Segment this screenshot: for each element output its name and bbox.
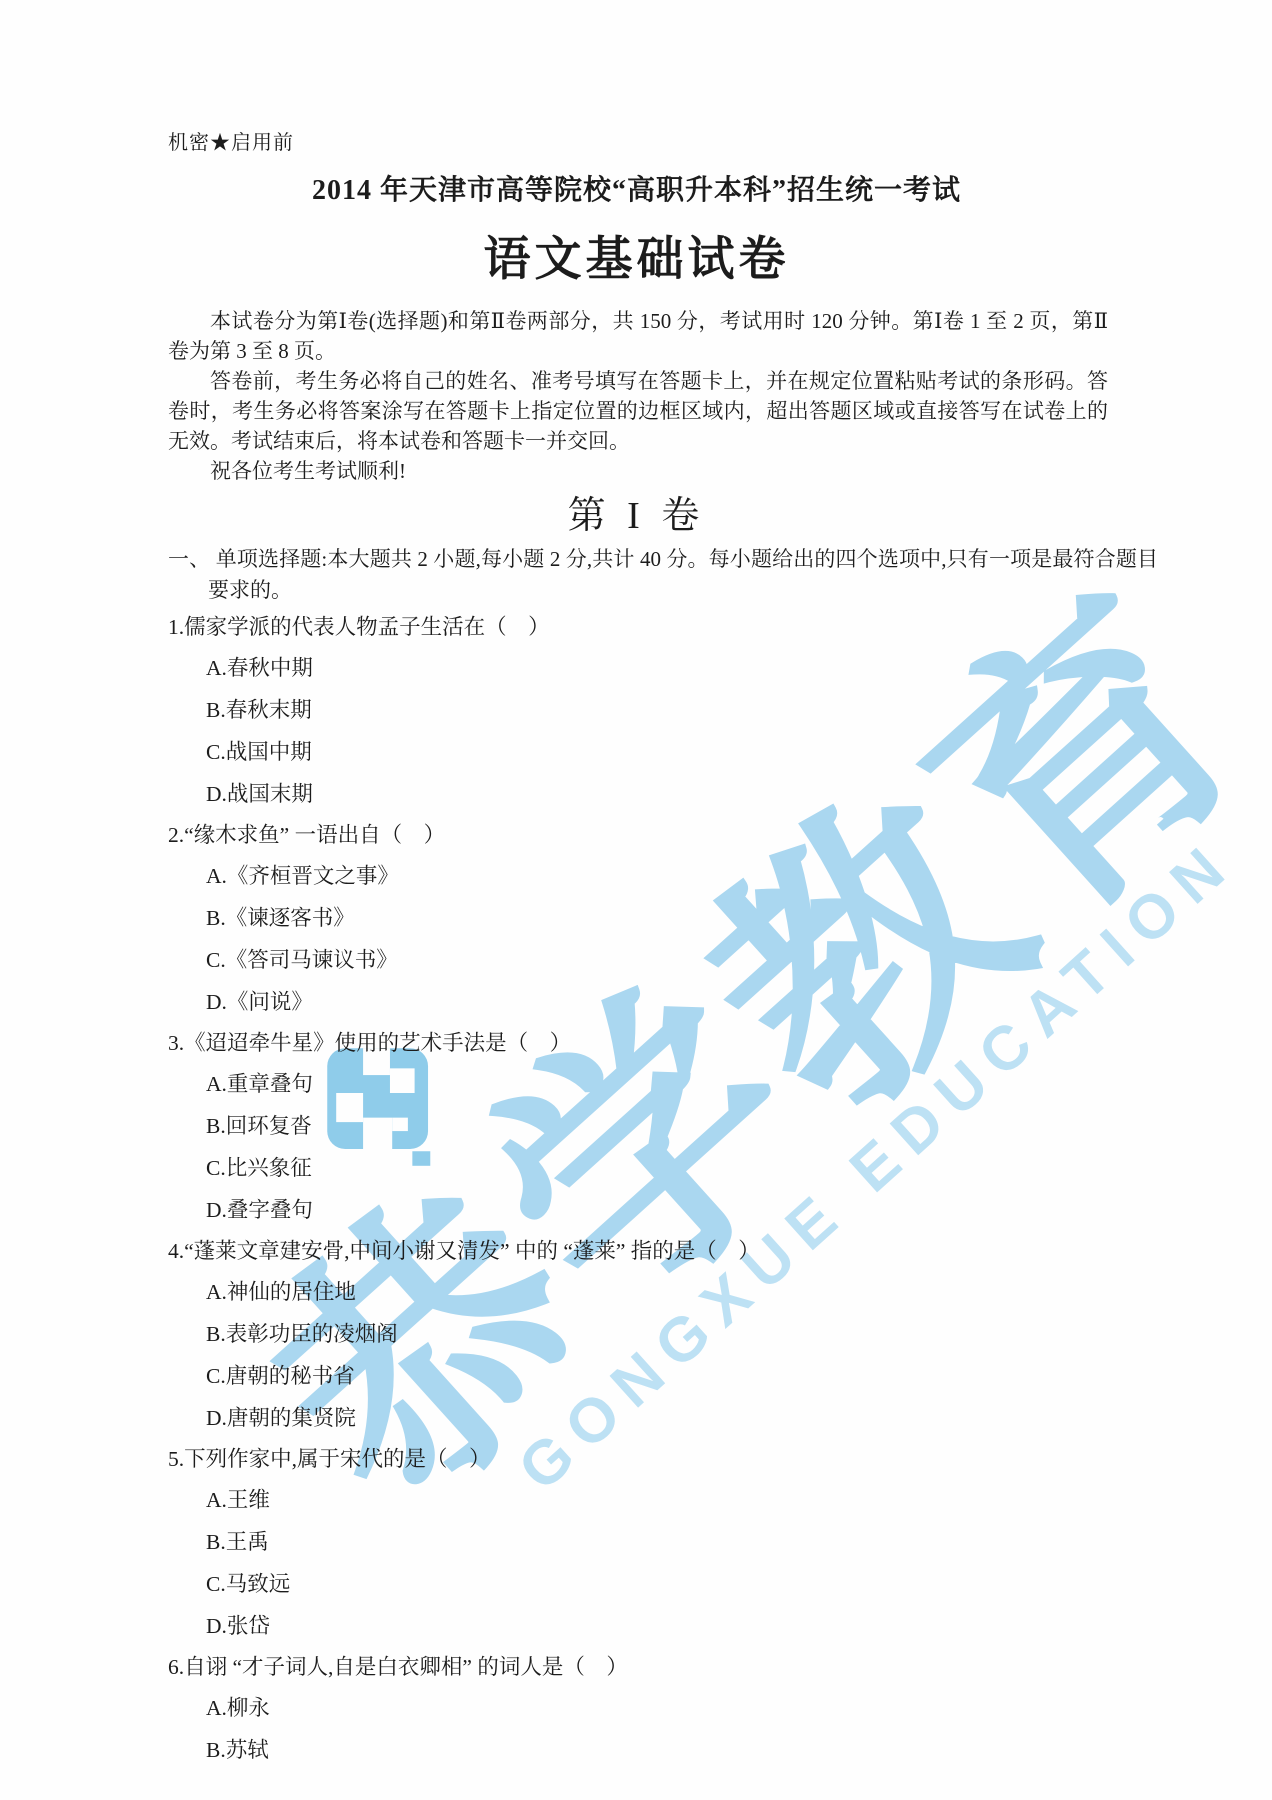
paper-title: 语文基础试卷 (168, 222, 1105, 289)
question-option: B.《谏逐客书》 (168, 897, 1128, 939)
question-option: C.马致远 (168, 1563, 1128, 1605)
confidential-label: 机密★启用前 (168, 126, 294, 155)
question-list: 1.儒家学派的代表人物孟子生活在（ ） A.春秋中期 B.春秋末期 C.战国中期… (168, 607, 1128, 1771)
question-text: 4.“蓬莱文章建安骨,中间小谢又清发” 中的 “蓬莱” 指的是（ ） (168, 1231, 1128, 1271)
question-option: D.战国末期 (168, 773, 1128, 815)
question-option: B.表彰功臣的凌烟阁 (168, 1313, 1128, 1355)
question-option: A.春秋中期 (168, 647, 1128, 689)
question-text: 2.“缘木求鱼” 一语出自（ ） (168, 815, 1128, 855)
question-6: 6.自诩 “才子词人,自是白衣卿相” 的词人是（ ） A.柳永 B.苏轼 (168, 1647, 1128, 1771)
question-3: 3.《迢迢牵牛星》使用的艺术手法是（ ） A.重章叠句 B.回环复沓 C.比兴象… (168, 1023, 1128, 1231)
question-option: A.王维 (168, 1479, 1128, 1521)
question-option: C.《答司马谏议书》 (168, 939, 1128, 981)
question-option: C.唐朝的秘书省 (168, 1355, 1128, 1397)
exam-paper-page: 恭学教育 GONGXUE EDUCATION 机密★启用前 2014 年天津市高… (0, 0, 1272, 1800)
question-option: B.苏轼 (168, 1729, 1128, 1771)
question-option: B.春秋末期 (168, 689, 1128, 731)
question-option: D.唐朝的集贤院 (168, 1397, 1128, 1439)
question-5: 5.下列作家中,属于宋代的是（ ） A.王维 B.王禹 C.马致远 D.张岱 (168, 1439, 1128, 1647)
question-text: 6.自诩 “才子词人,自是白衣卿相” 的词人是（ ） (168, 1647, 1128, 1687)
question-option: A.《齐桓晋文之事》 (168, 855, 1128, 897)
question-2: 2.“缘木求鱼” 一语出自（ ） A.《齐桓晋文之事》 B.《谏逐客书》 C.《… (168, 815, 1128, 1023)
question-text: 1.儒家学派的代表人物孟子生活在（ ） (168, 607, 1128, 647)
question-4: 4.“蓬莱文章建安骨,中间小谢又清发” 中的 “蓬莱” 指的是（ ） A.神仙的… (168, 1231, 1128, 1439)
question-option: D.叠字叠句 (168, 1189, 1128, 1231)
question-option: D.张岱 (168, 1605, 1128, 1647)
question-option: C.战国中期 (168, 731, 1128, 773)
question-option: A.柳永 (168, 1687, 1128, 1729)
question-option: C.比兴象征 (168, 1147, 1128, 1189)
instructions-paragraph-2: 答卷前，考生务必将自己的姓名、准考号填写在答题卡上，并在规定位置粘贴考试的条形码… (168, 366, 1108, 456)
question-option: B.王禹 (168, 1521, 1128, 1563)
question-option: A.重章叠句 (168, 1063, 1128, 1105)
question-text: 5.下列作家中,属于宋代的是（ ） (168, 1439, 1128, 1479)
question-option: B.回环复沓 (168, 1105, 1128, 1147)
section-1-directions: 一、 单项选择题:本大题共 2 小题,每小题 2 分,共计 40 分。每小题给出… (168, 544, 1158, 606)
question-text: 3.《迢迢牵牛星》使用的艺术手法是（ ） (168, 1023, 1128, 1063)
document-content: 机密★启用前 2014 年天津市高等院校“高职升本科”招生统一考试 语文基础试卷… (0, 0, 1272, 1800)
question-option: A.神仙的居住地 (168, 1271, 1128, 1313)
instructions-paragraph-1: 本试卷分为第Ⅰ卷(选择题)和第Ⅱ卷两部分，共 150 分，考试用时 120 分钟… (168, 306, 1108, 366)
exam-title: 2014 年天津市高等院校“高职升本科”招生统一考试 (168, 168, 1105, 208)
section-1-title: 第 I 卷 (168, 484, 1105, 539)
instructions-paragraph-3: 祝各位考生考试顺利! (168, 456, 1108, 486)
question-1: 1.儒家学派的代表人物孟子生活在（ ） A.春秋中期 B.春秋末期 C.战国中期… (168, 607, 1128, 815)
question-option: D.《问说》 (168, 981, 1128, 1023)
exam-instructions: 本试卷分为第Ⅰ卷(选择题)和第Ⅱ卷两部分，共 150 分，考试用时 120 分钟… (168, 306, 1108, 486)
